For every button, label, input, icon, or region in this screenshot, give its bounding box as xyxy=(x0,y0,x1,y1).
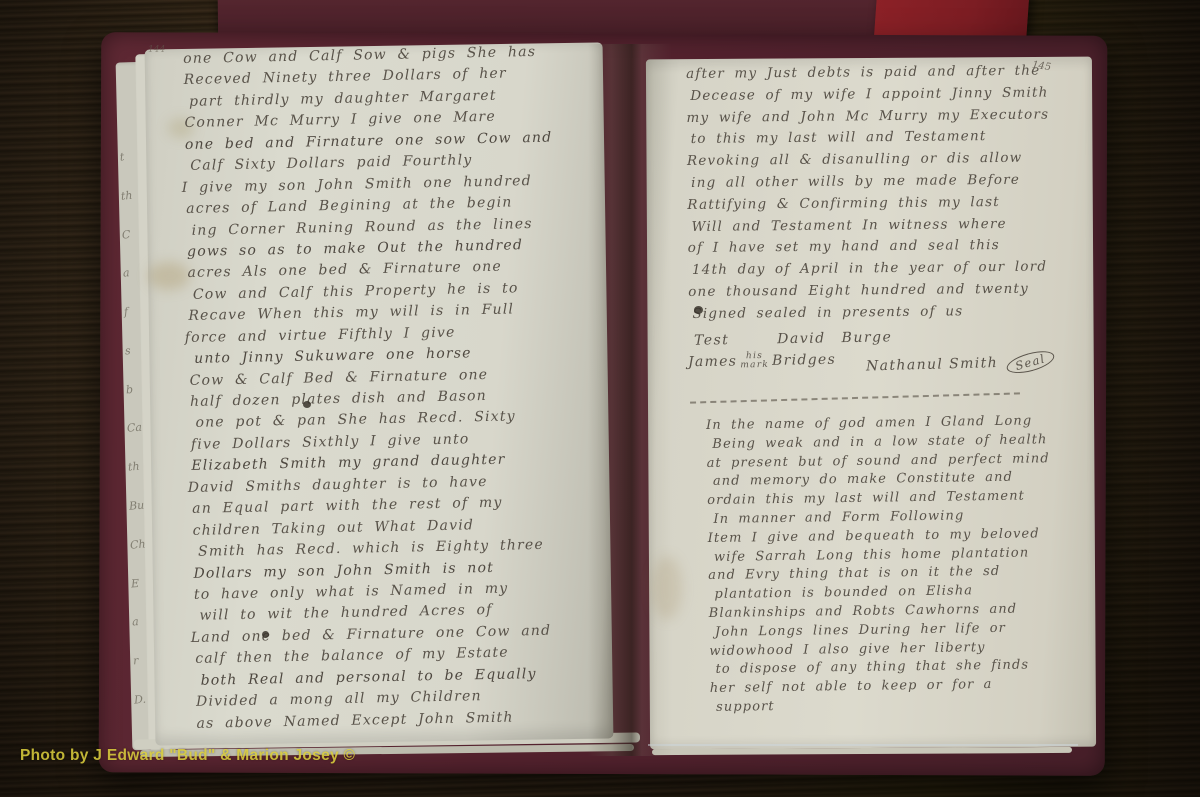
handwritten-line: a xyxy=(122,266,130,279)
testator-signature: Nathanul Smith xyxy=(866,355,999,374)
ink-blot xyxy=(303,401,311,408)
page-bottom-edge-highlight xyxy=(648,744,1078,746)
handwritten-line: s xyxy=(124,344,131,357)
handwritten-line: Signed sealed in presents of us xyxy=(692,300,1080,326)
will-two-handwriting: In the name of god amen I Gland LongBein… xyxy=(706,412,1090,718)
left-page-handwriting: one Cow and Calf Sow & pigs She hasRecev… xyxy=(183,41,609,735)
handwritten-line: t xyxy=(119,150,124,163)
witness-david-burge: David Burge xyxy=(777,329,892,347)
page-stain xyxy=(148,262,190,290)
handwritten-line: Ch xyxy=(130,537,146,551)
handwritten-line: Decease of my wife I appoint Jinny Smith xyxy=(690,82,1078,108)
witness-james-bridges-row: James his mark Bridges xyxy=(688,351,836,372)
ink-blot xyxy=(262,631,269,638)
handwritten-line: D. xyxy=(134,693,147,707)
handwritten-line: my wife and John Mc Murry my Executors xyxy=(686,104,1078,130)
test-label: Test xyxy=(694,332,730,349)
handwritten-line: r xyxy=(133,654,139,667)
mark-bottom: mark xyxy=(740,361,769,371)
testator-signature-row: Nathanul Smith Seal xyxy=(866,353,1055,376)
left-page-number-fragment: 144 xyxy=(148,45,165,55)
handwritten-line: C xyxy=(121,228,130,242)
handwritten-line: a xyxy=(132,615,140,628)
ink-blot xyxy=(694,306,703,314)
handwritten-line: E xyxy=(131,577,140,591)
handwritten-line: th xyxy=(128,460,141,474)
photo-scene: tthCafsbCathBuChEarD. 144 145 one Cow an… xyxy=(0,0,1200,797)
handwritten-line: f xyxy=(123,305,128,318)
witness-james-bridges-first: James xyxy=(688,353,737,370)
handwritten-line: Bu xyxy=(129,499,145,513)
photographer-watermark: Photo by J Edward "Bud" & Marion Josey © xyxy=(20,747,355,765)
will-one-handwriting: after my Just debts is paid and after th… xyxy=(686,60,1080,325)
handwritten-line: th xyxy=(120,189,133,203)
handwritten-line: Ca xyxy=(127,421,143,435)
witness-james-bridges-last: Bridges xyxy=(772,352,836,369)
his-mark-annotation: his mark xyxy=(740,352,769,371)
handwritten-line: b xyxy=(125,383,133,397)
handwritten-line: Revoking all & disanulling or dis allow xyxy=(687,147,1079,173)
handwritten-line: one thousand Eight hundred and twenty xyxy=(688,278,1080,304)
page-stain xyxy=(652,556,682,620)
